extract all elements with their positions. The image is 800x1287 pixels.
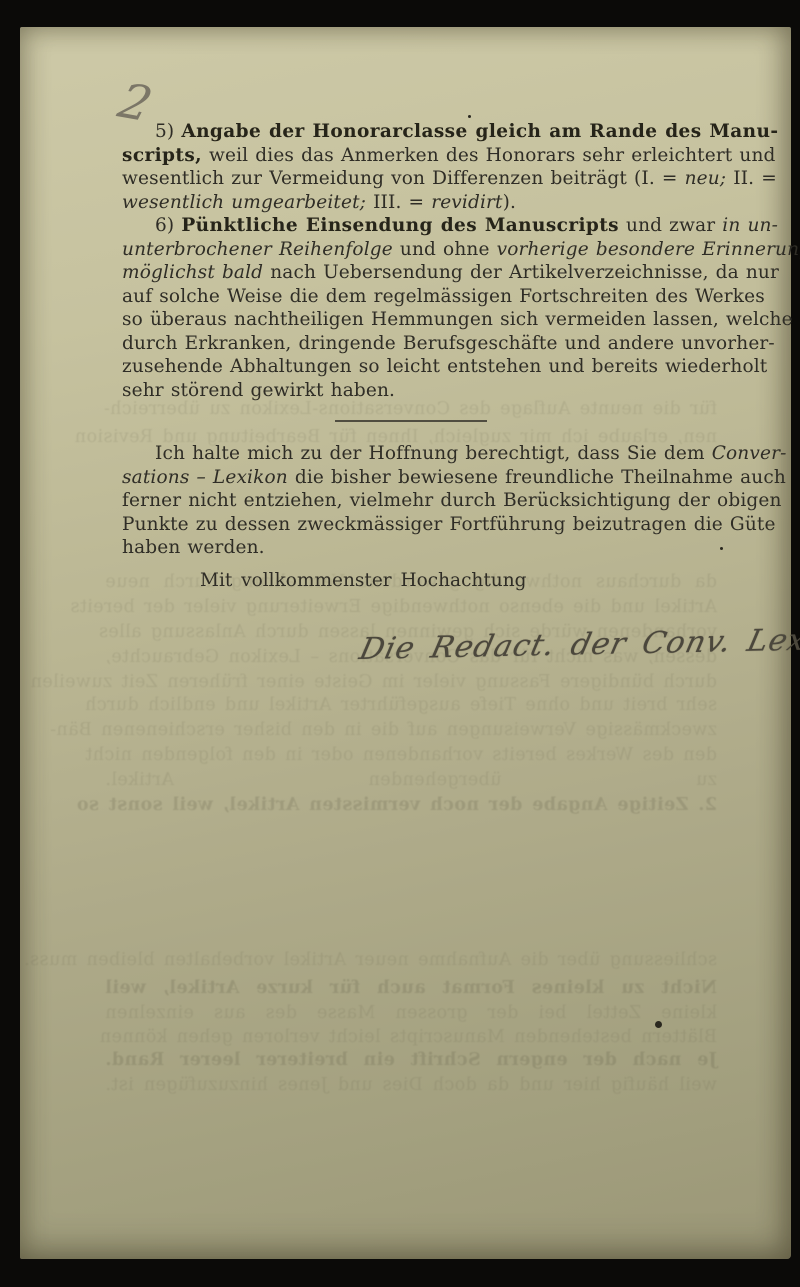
text-segment: haben werden. [122,537,265,558]
bleedthrough-text-line: weil häufig hier und da doch Dies und Je… [105,1075,717,1095]
text-line: 6) Pünktliche Einsendung des Manuscripts… [122,214,714,238]
bleedthrough-text-line: den des Werkes bereits vorhandenen oder … [105,745,717,765]
text-line: 5) Angabe der Honorarclasse gleich am Ra… [122,120,714,144]
text-line: scripts, weil dies das Anmerken des Hono… [122,144,714,168]
text-segment: weil dies das Anmerken des Honorars sehr… [202,145,776,166]
text-segment: möglichst bald [122,262,263,283]
text-segment: auf solche Weise die dem regelmässigen F… [122,286,765,307]
text-segment: vorherige besondere Erinnerung, [497,239,800,260]
text-line: haben werden. [122,536,714,560]
text-segment: II. = [726,168,777,189]
text-segment: sehr störend gewirkt haben. [122,380,395,401]
bleedthrough-text-line: Nicht zu kleines Format auch für kurze A… [105,978,717,998]
ink-speck [720,547,723,550]
text-segment: Conver- [712,443,787,464]
paragraph: 6) Pünktliche Einsendung des Manuscripts… [122,214,714,402]
text-line: Punkte zu dessen zweckmässiger Fortführu… [122,513,714,537]
text-segment: und ohne [393,239,497,260]
text-line: ferner nicht entziehen, vielmehr durch B… [122,489,714,513]
closing-salutation: Mit vollkommenster Hochachtung [200,569,714,593]
bleedthrough-text-line: kleine Zettel bei der grossen Masse des … [105,1003,717,1023]
text-segment: und zwar [619,215,722,236]
bleedthrough-text-line: durch bündigere Fassung vieler im Geiste… [105,672,717,692]
text-line: wesentlich zur Vermeidung von Differenze… [122,167,714,191]
text-line: unterbrochener Reihenfolge und ohne vorh… [122,238,714,262]
text-segment: die bisher bewiesene freundliche Theilna… [288,467,786,488]
text-segment: so überaus nachtheiligen Hemmungen sich … [122,309,793,330]
bleedthrough-text-line: Je nach der engern Schrift ein breiterer… [105,1050,717,1070]
text-segment: zusehende Abhaltungen so leicht entstehe… [122,356,767,377]
text-line: Ich halte mich zu der Hoffnung berechtig… [122,442,714,466]
letter-body: 5) Angabe der Honorarclasse gleich am Ra… [122,120,714,670]
bleedthrough-text-line: zweckmässige Verweisungen auf die in den… [105,720,717,740]
text-segment: ferner nicht entziehen, vielmehr durch B… [122,490,782,511]
text-segment: neu; [685,168,727,189]
text-segment: sations – Lexikon [122,467,288,488]
text-segment: Punkte zu dessen zweckmässiger Fortführu… [122,514,776,535]
text-segment: revidirt [431,192,502,213]
handwritten-signature: Die Redact. der Conv. Lex. [355,623,720,670]
text-segment: 6) [155,215,181,236]
scanned-letter-page: 2 für die neunte Auflage des Conversatio… [20,27,791,1259]
text-segment: Pünktliche Einsendung des Manuscripts [181,215,619,236]
text-segment: III. = [366,192,431,213]
bleedthrough-text-line: schliessung über die Aufnahme neuer Arti… [105,950,717,970]
bleedthrough-text-line: Blättern bestehenden Manuscripts leicht … [105,1027,717,1047]
text-segment: 5) [155,121,181,142]
paragraph: Ich halte mich zu der Hoffnung berechtig… [122,442,714,560]
text-segment: nach Uebersendung der Artikelverzeichnis… [263,262,779,283]
text-segment: in un- [722,215,778,236]
paragraph: 5) Angabe der Honorarclasse gleich am Ra… [122,120,714,214]
section-divider-rule [335,420,487,422]
text-segment: ). [503,192,516,213]
text-line: so überaus nachtheiligen Hemmungen sich … [122,308,714,332]
text-segment: wesentlich umgearbeitet; [122,192,366,213]
text-line: sehr störend gewirkt haben. [122,379,714,403]
text-line: sations – Lexikon die bisher bewiesene f… [122,466,714,490]
text-segment: scripts, [122,145,202,166]
text-line: zusehende Abhaltungen so leicht entstehe… [122,355,714,379]
text-line: durch Erkranken, dringende Berufsgeschäf… [122,332,714,356]
text-segment: wesentlich zur Vermeidung von Differenze… [122,168,685,189]
bleedthrough-text-line: 2. Zeitige Angabe der noch vermissten Ar… [105,795,717,815]
bleedthrough-text-line: zu übergehenden Artikel. [105,770,717,790]
text-line: wesentlich umgearbeitet; III. = revidirt… [122,191,714,215]
text-line: auf solche Weise die dem regelmässigen F… [122,285,714,309]
text-segment: Ich halte mich zu der Hoffnung berechtig… [155,443,712,464]
ink-speck [655,1021,662,1028]
text-line: möglichst bald nach Uebersendung der Art… [122,261,714,285]
bleedthrough-text-line: sehr breit und ohne Tiefe ausgeführter A… [105,695,717,715]
text-segment: durch Erkranken, dringende Berufsgeschäf… [122,333,775,354]
ink-speck [468,115,471,118]
text-segment: unterbrochener Reihenfolge [122,239,393,260]
text-segment: Angabe der Honorarclasse gleich am Rande… [181,121,778,142]
